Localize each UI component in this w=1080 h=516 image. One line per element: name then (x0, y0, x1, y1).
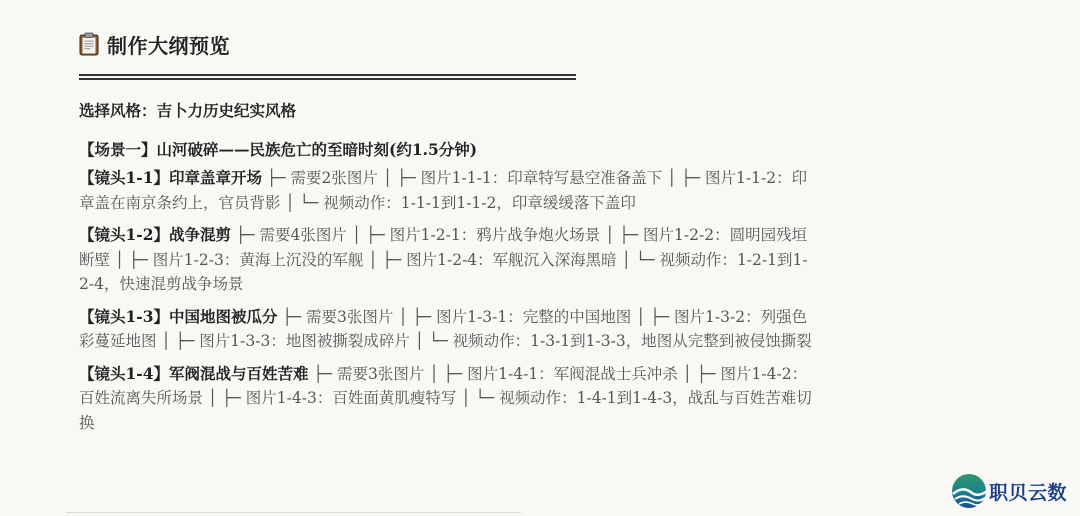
clipboard-icon (79, 32, 99, 56)
shot-label: 【镜头1-1】 (79, 168, 169, 187)
shot-title: 军阀混战与百姓苦难 (169, 364, 309, 383)
shot-title: 中国地图被瓜分 (169, 307, 278, 326)
outline-preview: 制作大纲预览 选择风格：吉卜力历史纪实风格 【场景一】山河破碎——民族危亡的至暗… (79, 28, 819, 435)
shot-title: 战争混剪 (169, 225, 231, 244)
selected-style: 选择风格：吉卜力历史纪实风格 (79, 100, 819, 122)
watermark-text: 职贝云数 (989, 478, 1067, 505)
scene-header: 【场景一】山河破碎——民族危亡的至暗时刻(约1.5分钟) (79, 139, 819, 161)
shot-label: 【镜头1-4】 (79, 364, 169, 383)
double-divider (79, 74, 576, 80)
shot-label: 【镜头1-2】 (79, 225, 169, 244)
watermark: 职贝云数 (950, 472, 1067, 510)
wave-globe-logo-icon (950, 472, 988, 510)
shot-item: 【镜头1-3】中国地图被瓜分 ├─ 需要3张图片 │ ├─ 图片1-3-1：完整… (79, 305, 819, 354)
title-row: 制作大纲预览 (79, 28, 819, 60)
shot-item: 【镜头1-1】印章盖章开场 ├─ 需要2张图片 │ ├─ 图片1-1-1：印章特… (79, 166, 819, 215)
page-title: 制作大纲预览 (107, 30, 230, 59)
bottom-divider (66, 512, 521, 513)
shot-item: 【镜头1-2】战争混剪 ├─ 需要4张图片 │ ├─ 图片1-2-1：鸦片战争炮… (79, 223, 819, 297)
shot-item: 【镜头1-4】军阀混战与百姓苦难 ├─ 需要3张图片 │ ├─ 图片1-4-1：… (79, 362, 819, 436)
shot-label: 【镜头1-3】 (79, 307, 169, 326)
shot-title: 印章盖章开场 (169, 168, 262, 187)
